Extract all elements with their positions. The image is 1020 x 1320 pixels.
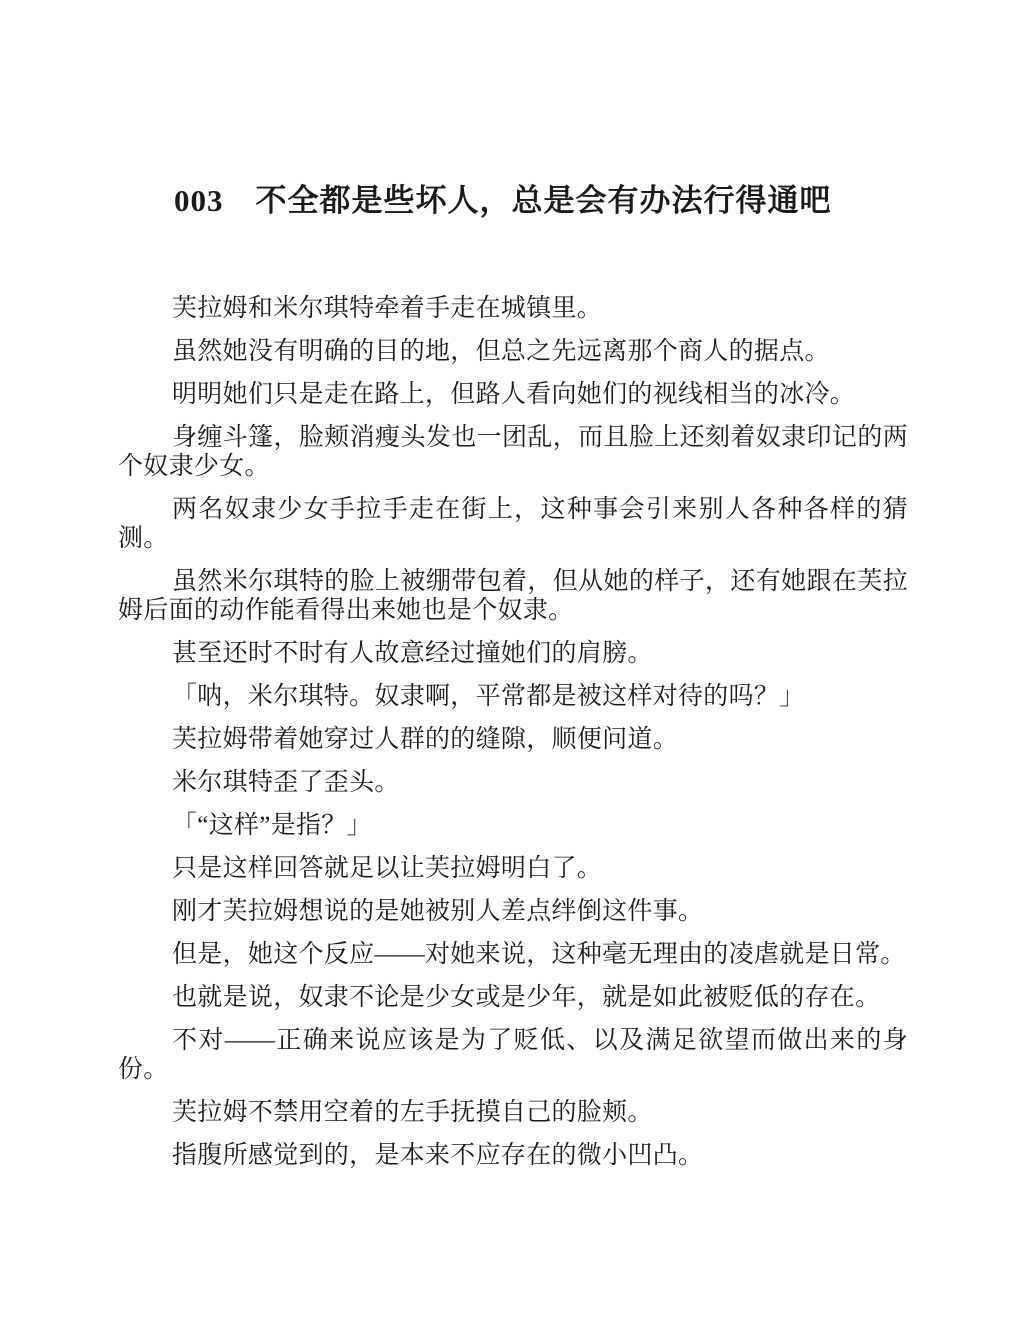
paragraph: 身缠斗篷，脸颊消瘦头发也一团乱，而且脸上还刻着奴隶印记的两个奴隶少女。 (118, 423, 908, 481)
paragraph: 明明她们只是走在路上，但路人看向她们的视线相当的冰冷。 (118, 380, 908, 409)
paragraph: 芙拉姆带着她穿过人群的的缝隙，顺便问道。 (118, 725, 908, 754)
paragraph: 「“这样”是指？」 (118, 811, 908, 840)
chapter-body: 芙拉姆和米尔琪特牵着手走在城镇里。虽然她没有明确的目的地，但总之先远离那个商人的… (118, 294, 908, 1170)
document-page: 003 不全都是些坏人，总是会有办法行得通吧 芙拉姆和米尔琪特牵着手走在城镇里。… (0, 0, 1020, 1170)
paragraph: 虽然她没有明确的目的地，但总之先远离那个商人的据点。 (118, 337, 908, 366)
paragraph: 虽然米尔琪特的脸上被绷带包着，但从她的样子，还有她跟在芙拉姆后面的动作能看得出来… (118, 567, 908, 625)
paragraph: 米尔琪特歪了歪头。 (118, 768, 908, 797)
paragraph: 芙拉姆不禁用空着的左手抚摸自己的脸颊。 (118, 1098, 908, 1127)
paragraph: 芙拉姆和米尔琪特牵着手走在城镇里。 (118, 294, 908, 323)
chapter-title: 003 不全都是些坏人，总是会有办法行得通吧 (118, 0, 910, 218)
paragraph: 也就是说，奴隶不论是少女或是少年，就是如此被贬低的存在。 (118, 983, 908, 1012)
paragraph: 只是这样回答就足以让芙拉姆明白了。 (118, 854, 908, 883)
paragraph: 两名奴隶少女手拉手走在街上，这种事会引来别人各种各样的猜测。 (118, 495, 908, 553)
page: { "page": { "background": "#ffffff", "te… (0, 0, 1020, 1320)
paragraph: 指腹所感觉到的，是本来不应存在的微小凹凸。 (118, 1141, 908, 1170)
paragraph: 不对——正确来说应该是为了贬低、以及满足欲望而做出来的身份。 (118, 1026, 908, 1084)
paragraph: 但是，她这个反应——对她来说，这种毫无理由的凌虐就是日常。 (118, 940, 908, 969)
paragraph: 刚才芙拉姆想说的是她被别人差点绊倒这件事。 (118, 897, 908, 926)
paragraph: 「呐，米尔琪特。奴隶啊，平常都是被这样对待的吗？」 (118, 682, 908, 711)
paragraph: 甚至还时不时有人故意经过撞她们的肩膀。 (118, 639, 908, 668)
